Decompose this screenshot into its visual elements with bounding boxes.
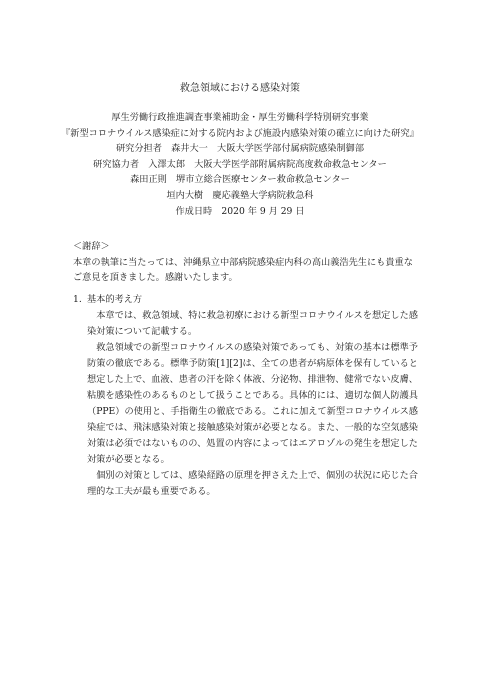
collaborator-line-3: 垣内大樹 慶応義塾大学病院救急科 — [0, 188, 480, 204]
acknowledgement-body: 本章の執筆に当たっては、沖縄県立中部病院感染症内科の高山義浩先生にも貴重なご意見… — [73, 255, 418, 286]
collaborator-line-1: 研究協力者 入澤太郎 大阪大学医学部附属病院高度救命救急センター — [0, 157, 480, 173]
paragraph: 救急領域での新型コロナウイルスの感染対策であっても、対策の基本は標準予防策の徹底… — [87, 340, 418, 468]
acknowledgement-heading: ＜謝辞＞ — [73, 239, 418, 255]
document-title: 救急領域における感染対策 — [0, 82, 480, 95]
acknowledgement-section: ＜謝辞＞ 本章の執筆に当たっては、沖縄県立中部病院感染症内科の高山義浩先生にも貴… — [73, 239, 418, 286]
section-body: 本章では、救急領域、特に救急初療における新型コロナウイルスを想定した感染対策につ… — [87, 308, 418, 500]
creation-date-line: 作成日時 2020 年 9 月 29 日 — [0, 204, 480, 220]
section-heading: 1. 基本的考え方 — [73, 292, 418, 308]
researcher-line: 研究分担者 森井大一 大阪大学医学部付属病院感染制御部 — [0, 141, 480, 157]
document-page: 救急領域における感染対策 厚生労働行政推進調査事業補助金・厚生労働科学特別研究事… — [0, 0, 480, 679]
section-number: 1. — [73, 292, 87, 308]
paragraph: 個別の対策としては、感染経路の原理を押さえた上で、個別の状況に応じた合理的な工夫… — [87, 468, 418, 500]
section-title: 基本的考え方 — [87, 292, 142, 308]
section-basic-approach: 1. 基本的考え方 本章では、救急領域、特に救急初療における新型コロナウイルスを… — [73, 292, 418, 500]
funding-line: 厚生労働行政推進調査事業補助金・厚生労働科学特別研究事業 — [0, 110, 480, 126]
research-title-line: 『新型コロナウイルス感染症に対する院内および施設内感染対策の確立に向けた研究』 — [0, 126, 480, 142]
paragraph: 本章では、救急領域、特に救急初療における新型コロナウイルスを想定した感染対策につ… — [87, 308, 418, 340]
collaborator-line-2: 森田正則 堺市立総合医療センター救命救急センター — [0, 172, 480, 188]
header-block: 厚生労働行政推進調査事業補助金・厚生労働科学特別研究事業 『新型コロナウイルス感… — [0, 110, 480, 219]
